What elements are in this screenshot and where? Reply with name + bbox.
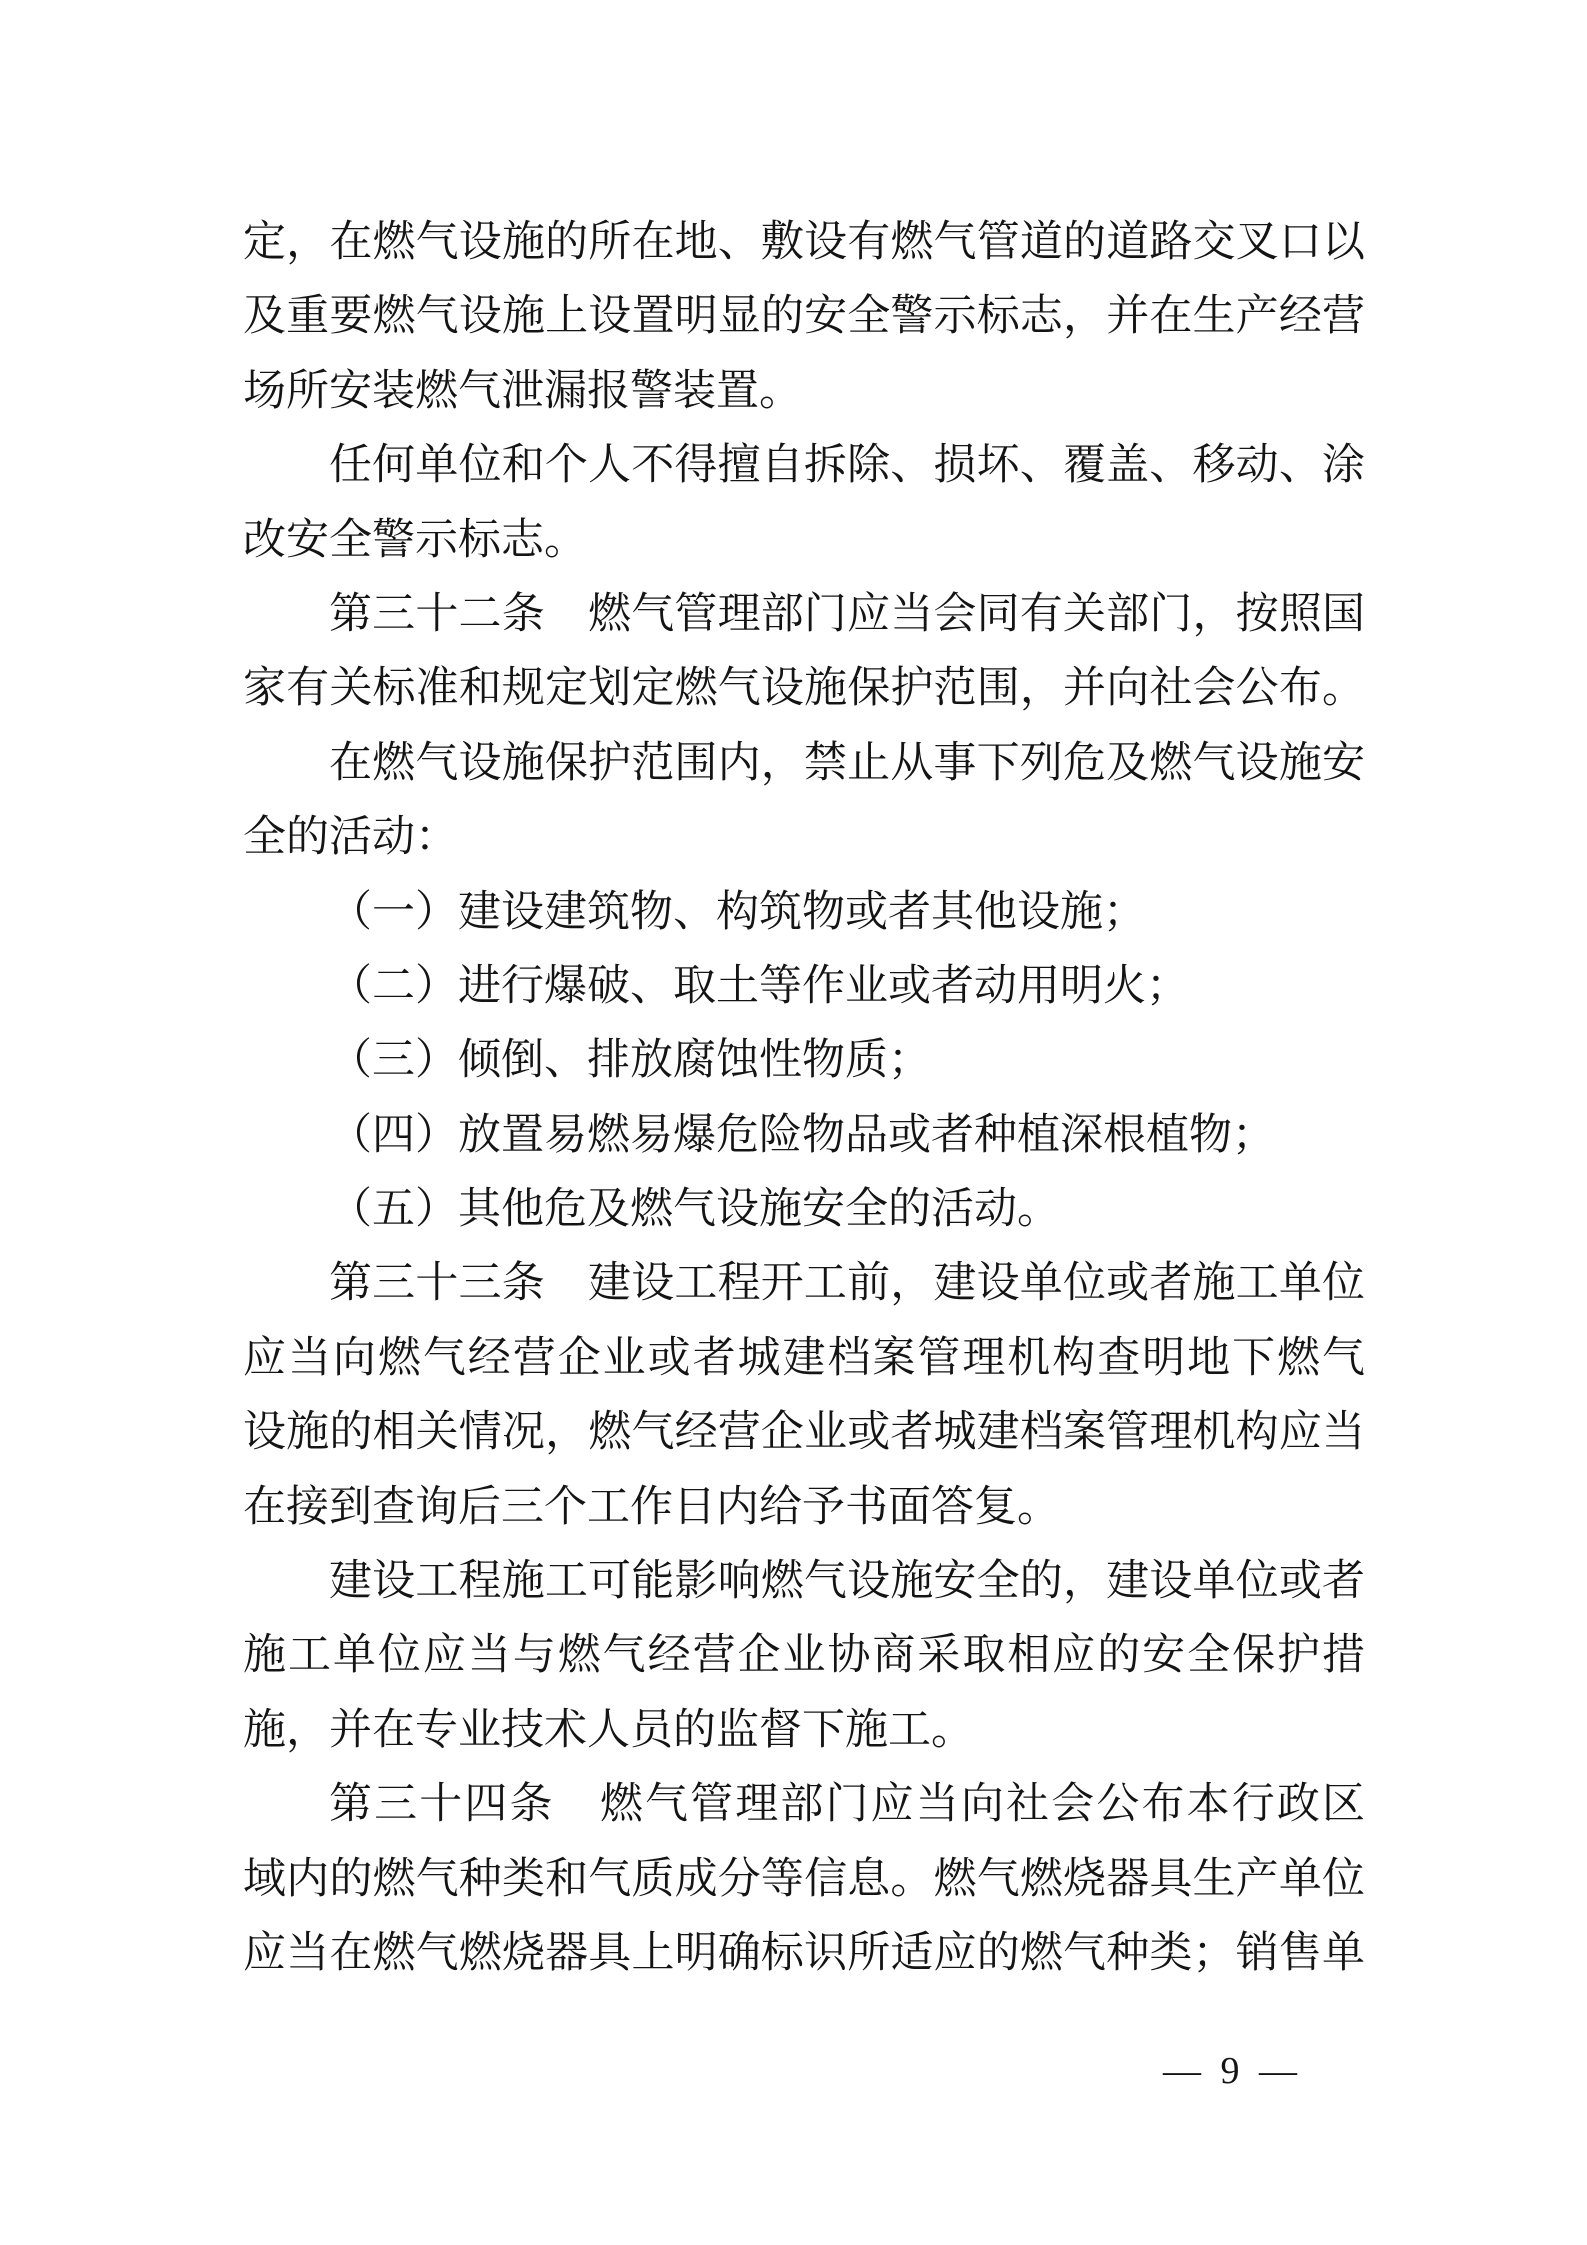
document-body: 定，在燃气设施的所在地、敷设有燃气管道的道路交叉口以 及重要燃气设施上设置明显的… — [243, 206, 1365, 1991]
text-line: 设施的相关情况，燃气经营企业或者城建档案管理机构应当 — [243, 1396, 1365, 1470]
text-line: 应当在燃气燃烧器具上明确标识所适应的燃气种类；销售单 — [243, 1917, 1365, 1991]
text-line: 改安全警示标志。 — [243, 504, 1365, 578]
page-number: — 9 — — [1163, 2052, 1298, 2090]
text-line: 定，在燃气设施的所在地、敷设有燃气管道的道路交叉口以 — [243, 206, 1365, 280]
document-page: 定，在燃气设施的所在地、敷设有燃气管道的道路交叉口以 及重要燃气设施上设置明显的… — [0, 0, 1587, 2245]
text-line-article-34: 第三十四条 燃气管理部门应当向社会公布本行政区 — [243, 1768, 1365, 1842]
text-line: 域内的燃气种类和气质成分等信息。燃气燃烧器具生产单位 — [243, 1843, 1365, 1917]
text-line: 任何单位和个人不得擅自拆除、损坏、覆盖、移动、涂 — [243, 429, 1365, 503]
text-line: 建设工程施工可能影响燃气设施安全的，建设单位或者 — [243, 1545, 1365, 1619]
text-line-article-33: 第三十三条 建设工程开工前，建设单位或者施工单位 — [243, 1247, 1365, 1321]
text-line: 场所安装燃气泄漏报警装置。 — [243, 355, 1365, 429]
text-line: 施工单位应当与燃气经营企业协商采取相应的安全保护措 — [243, 1619, 1365, 1693]
text-line: 施，并在专业技术人员的监督下施工。 — [243, 1694, 1365, 1768]
text-line-list-item-4: （四）放置易燃易爆危险物品或者种植深根植物； — [243, 1099, 1365, 1173]
text-line: 应当向燃气经营企业或者城建档案管理机构查明地下燃气 — [243, 1322, 1365, 1396]
text-line-list-item-2: （二）进行爆破、取土等作业或者动用明火； — [243, 950, 1365, 1024]
text-line-list-item-3: （三）倾倒、排放腐蚀性物质； — [243, 1024, 1365, 1098]
text-line-list-item-1: （一）建设建筑物、构筑物或者其他设施； — [243, 876, 1365, 950]
text-line: 在接到查询后三个工作日内给予书面答复。 — [243, 1471, 1365, 1545]
text-line-article-32: 第三十二条 燃气管理部门应当会同有关部门，按照国 — [243, 578, 1365, 652]
text-line: 在燃气设施保护范围内，禁止从事下列危及燃气设施安 — [243, 727, 1365, 801]
text-line: 及重要燃气设施上设置明显的安全警示标志，并在生产经营 — [243, 280, 1365, 354]
text-line-list-item-5: （五）其他危及燃气设施安全的活动。 — [243, 1173, 1365, 1247]
text-line: 家有关标准和规定划定燃气设施保护范围，并向社会公布。 — [243, 652, 1365, 726]
text-line: 全的活动： — [243, 801, 1365, 875]
